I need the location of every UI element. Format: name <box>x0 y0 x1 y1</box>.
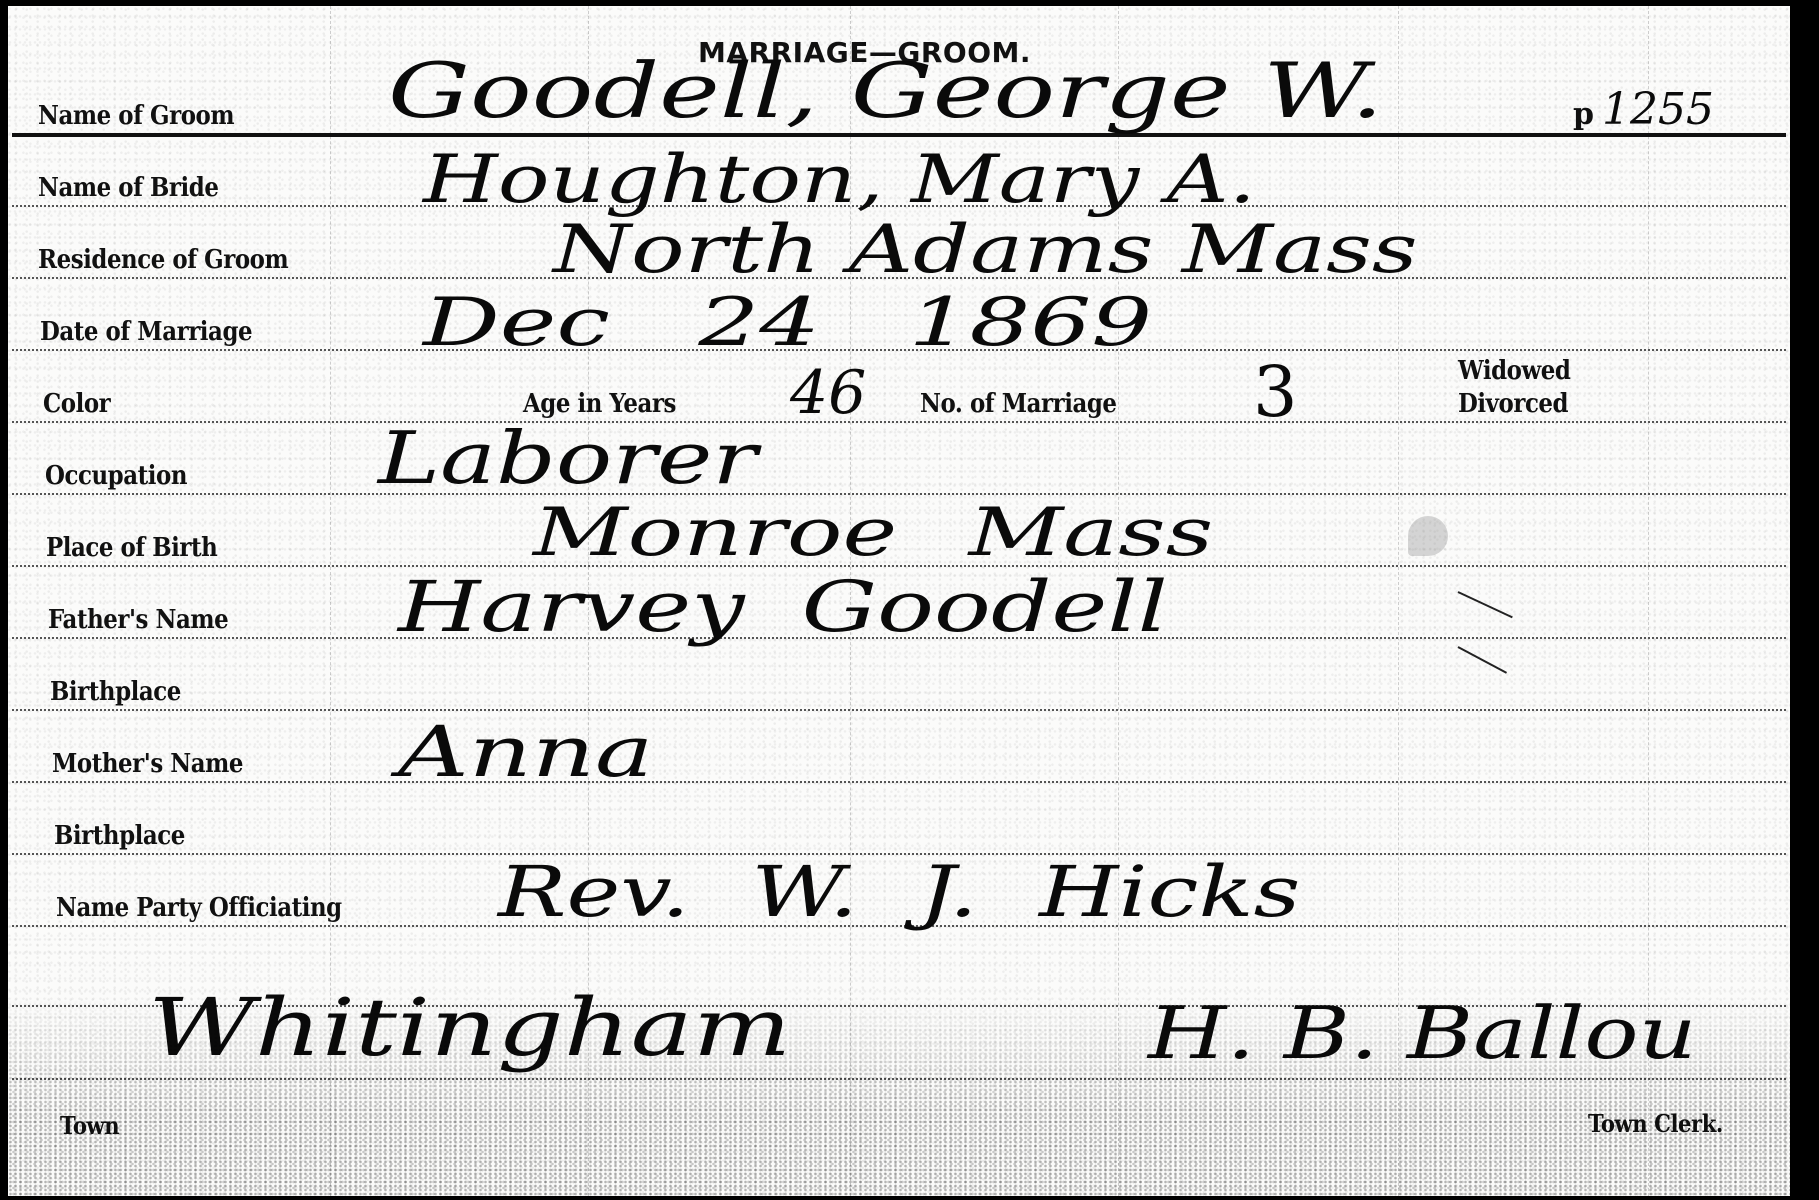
label-marriage-number: No. of Marriage <box>920 389 1117 419</box>
label-mother-name: Mother's Name <box>52 749 243 779</box>
label-groom-name: Name of Groom <box>38 101 234 131</box>
label-occupation: Occupation <box>45 461 187 491</box>
value-town: Whitingham <box>148 981 791 1074</box>
label-town-clerk: Town Clerk. <box>1588 1109 1723 1138</box>
value-birth-place: Monroe Mass <box>533 494 1213 571</box>
value-age: 46 <box>790 358 866 428</box>
value-officiant: Rev. W. J. Hicks <box>498 851 1300 933</box>
label-widowed: Widowed <box>1458 356 1570 386</box>
stray-mark <box>1458 591 1513 618</box>
row-rule <box>12 709 1786 711</box>
label-birth-place: Place of Birth <box>46 533 217 563</box>
value-groom-residence: North Adams Mass <box>553 211 1418 288</box>
label-father-name: Father's Name <box>48 605 228 635</box>
value-marriage-number: 3 <box>1253 351 1298 433</box>
paper-stain <box>1408 516 1448 556</box>
row-rule <box>12 781 1786 783</box>
marriage-record-card: MARRIAGE—GROOM. p1255 Name of Groom Name… <box>8 6 1790 1196</box>
page-number-prefix: p <box>1573 97 1594 132</box>
value-father-name: Harvey Goodell <box>398 566 1168 648</box>
value-occupation: Laborer <box>378 416 757 500</box>
value-bride-name: Houghton, Mary A. <box>423 141 1256 218</box>
label-color: Color <box>43 389 110 419</box>
label-father-birthplace: Birthplace <box>50 677 181 707</box>
row-rule <box>12 1078 1786 1080</box>
row-rule <box>12 421 1786 423</box>
label-marriage-date: Date of Marriage <box>40 317 252 347</box>
label-mother-birthplace: Birthplace <box>54 821 185 851</box>
label-age: Age in Years <box>523 389 676 419</box>
page-number-value: 1255 <box>1602 84 1714 135</box>
label-groom-residence: Residence of Groom <box>38 245 288 275</box>
value-groom-name: Goodell, George W. <box>388 46 1383 135</box>
label-officiant: Name Party Officiating <box>56 893 342 923</box>
label-bride-name: Name of Bride <box>38 173 218 203</box>
value-mother-name: Anna <box>398 711 653 793</box>
value-town-clerk: H. B. Ballou <box>1148 991 1697 1075</box>
label-town: Town <box>60 1111 119 1140</box>
value-marriage-date: Dec 24 1869 <box>423 284 1152 361</box>
label-divorced: Divorced <box>1458 389 1568 419</box>
page-number: p1255 <box>1573 84 1714 135</box>
stray-mark <box>1458 646 1508 674</box>
